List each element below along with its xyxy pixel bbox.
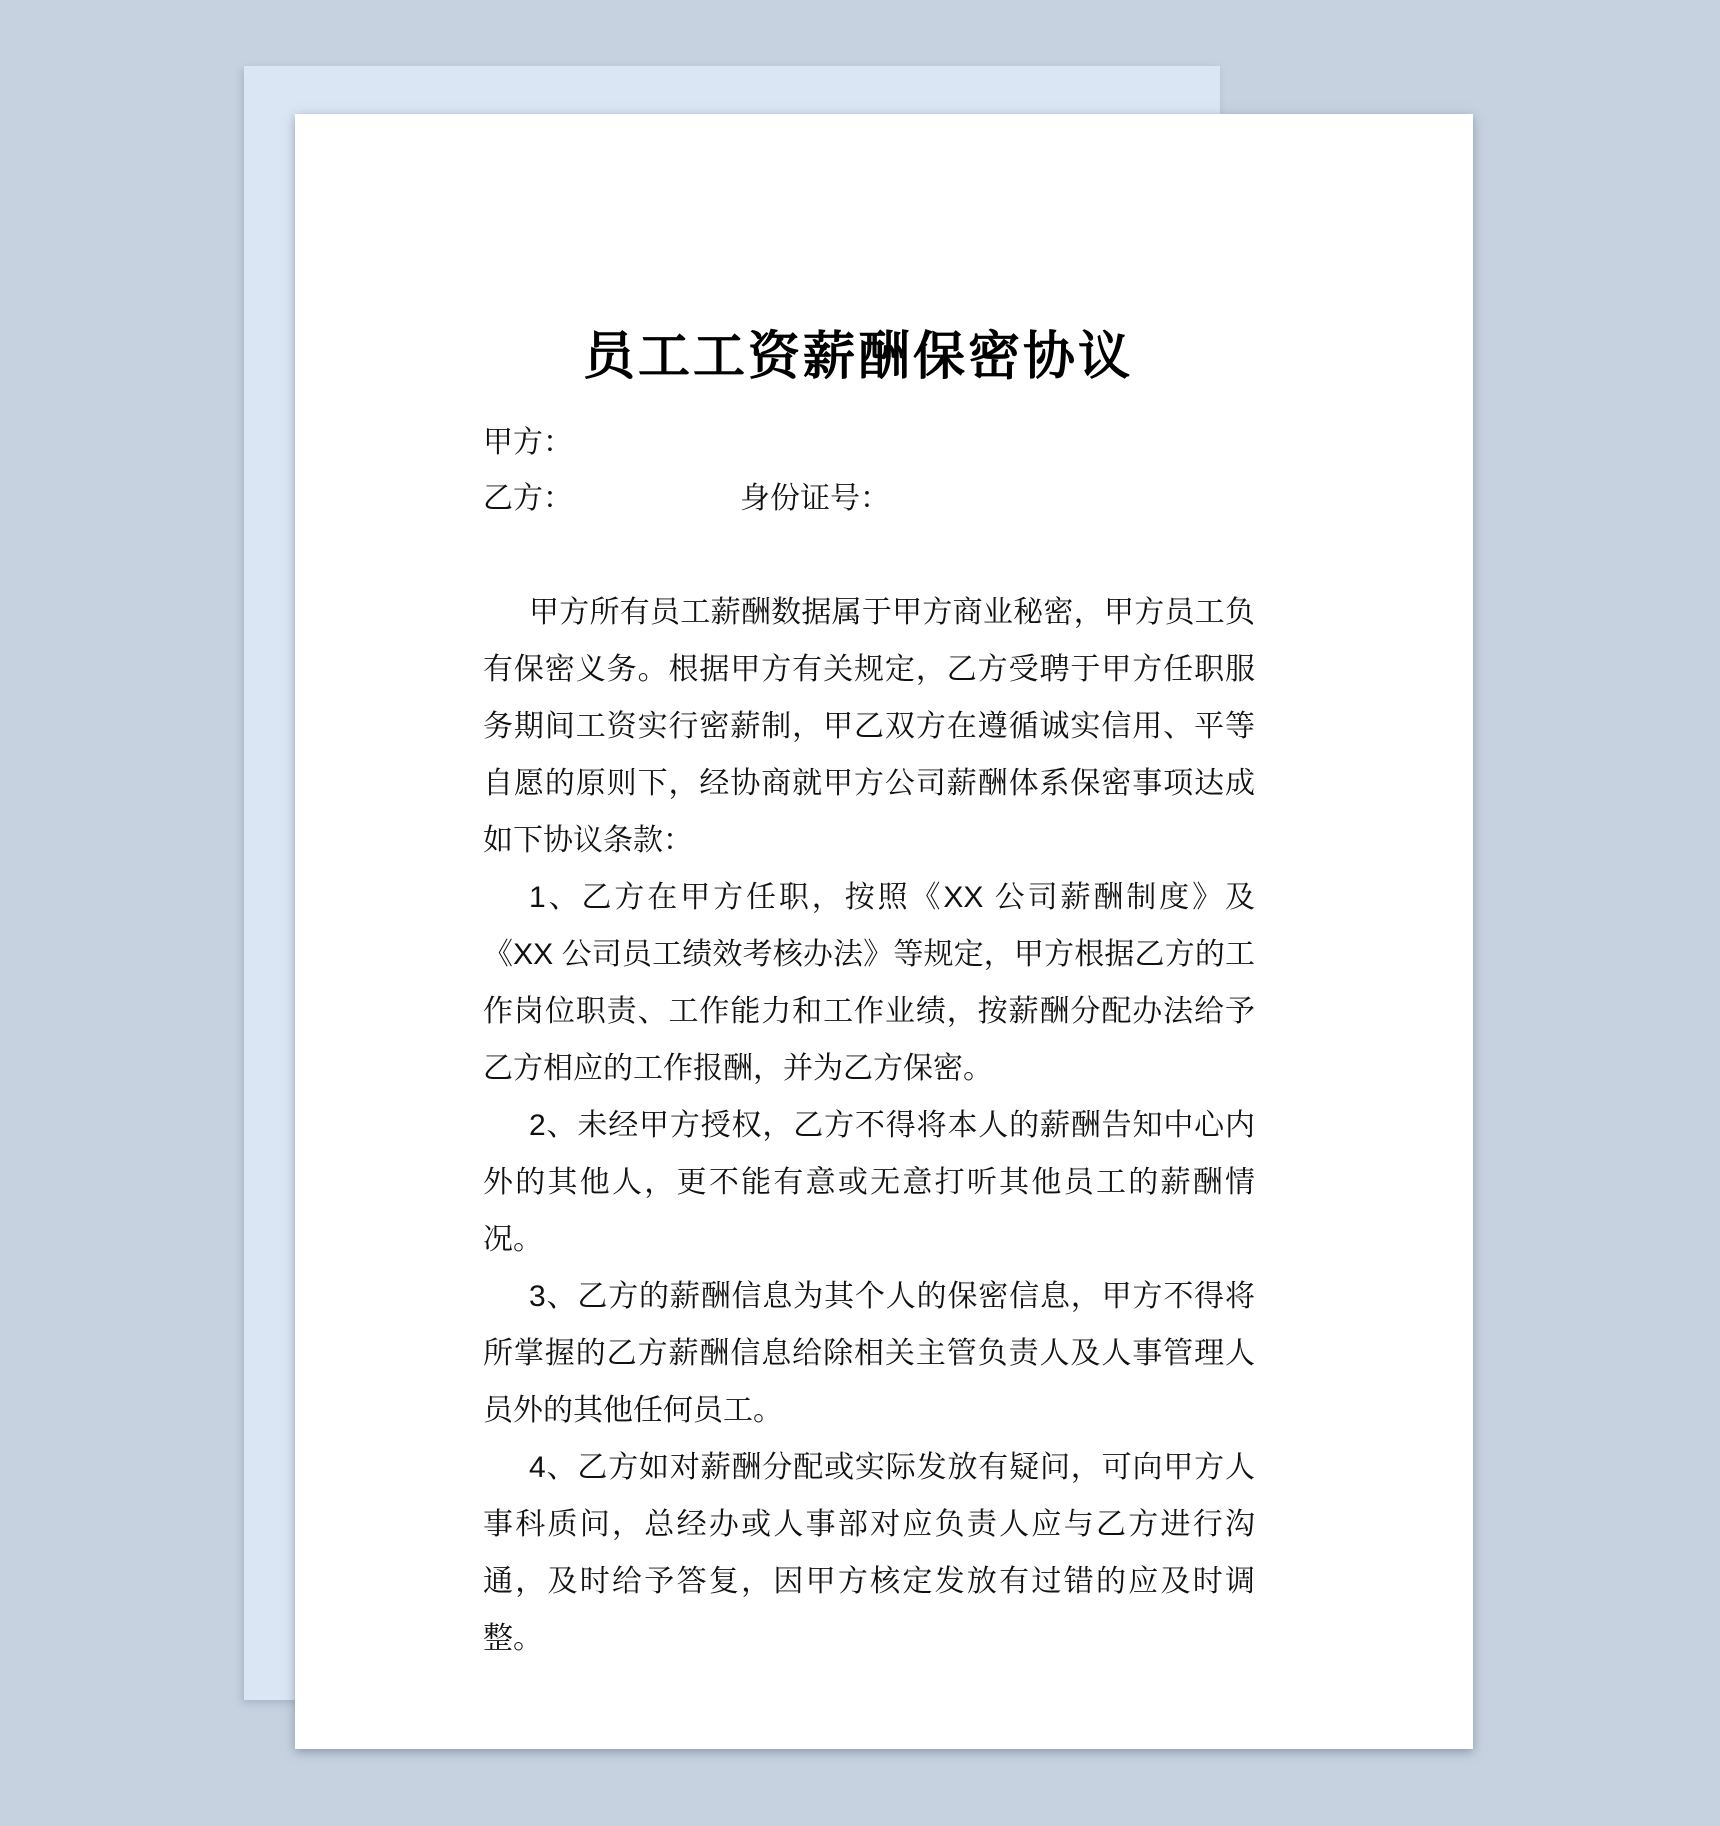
id-number-label: 身份证号： [740,482,890,516]
party-b-line: 乙方： 身份证号： [483,482,1263,516]
clause-paragraph-1: 1、乙方在甲方任职，按照《XX 公司薪酬制度》及《XX 公司员工绩效考核办法》等… [483,869,1255,1097]
document-title: 员工工资薪酬保密协议 [463,330,1253,384]
party-b-label: 乙方： [483,482,573,515]
desk-background: { "document": { "title": "员工工资薪酬保密协议", "… [0,0,1720,1826]
party-a-label: 甲方： [483,426,573,459]
intro-paragraph: 甲方所有员工薪酬数据属于甲方商业秘密，甲方员工负有保密义务。根据甲方有关规定，乙… [483,584,1255,869]
document-body: 甲方所有员工薪酬数据属于甲方商业秘密，甲方员工负有保密义务。根据甲方有关规定，乙… [483,584,1255,1667]
party-a-line: 甲方： [483,426,1263,460]
document-page: 员工工资薪酬保密协议 甲方： 乙方： 身份证号： 甲方所有员工薪酬数据属于甲方商… [295,114,1473,1749]
clause-paragraph-3: 3、乙方的薪酬信息为其个人的保密信息，甲方不得将所掌握的乙方薪酬信息给除相关主管… [483,1268,1255,1439]
clause-paragraph-2: 2、未经甲方授权，乙方不得将本人的薪酬告知中心内外的其他人，更不能有意或无意打听… [483,1097,1255,1268]
clause-paragraph-4: 4、乙方如对薪酬分配或实际发放有疑问，可向甲方人事科质问，总经办或人事部对应负责… [483,1439,1255,1667]
